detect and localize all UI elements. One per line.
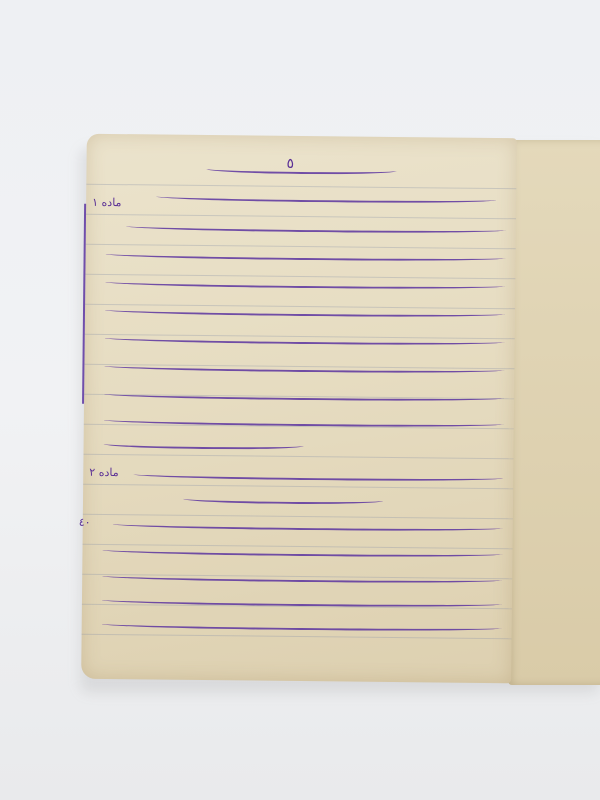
notebook-page: ٥ ماده ١ ماده ٢ ٤٠ (81, 134, 517, 683)
facing-page (508, 140, 600, 685)
margin-label-2: ماده ٢ (89, 466, 118, 479)
handwriting (87, 134, 517, 139)
margin-label-3: ٤٠ (79, 516, 91, 529)
margin-label-1: ماده ١ (92, 196, 121, 209)
